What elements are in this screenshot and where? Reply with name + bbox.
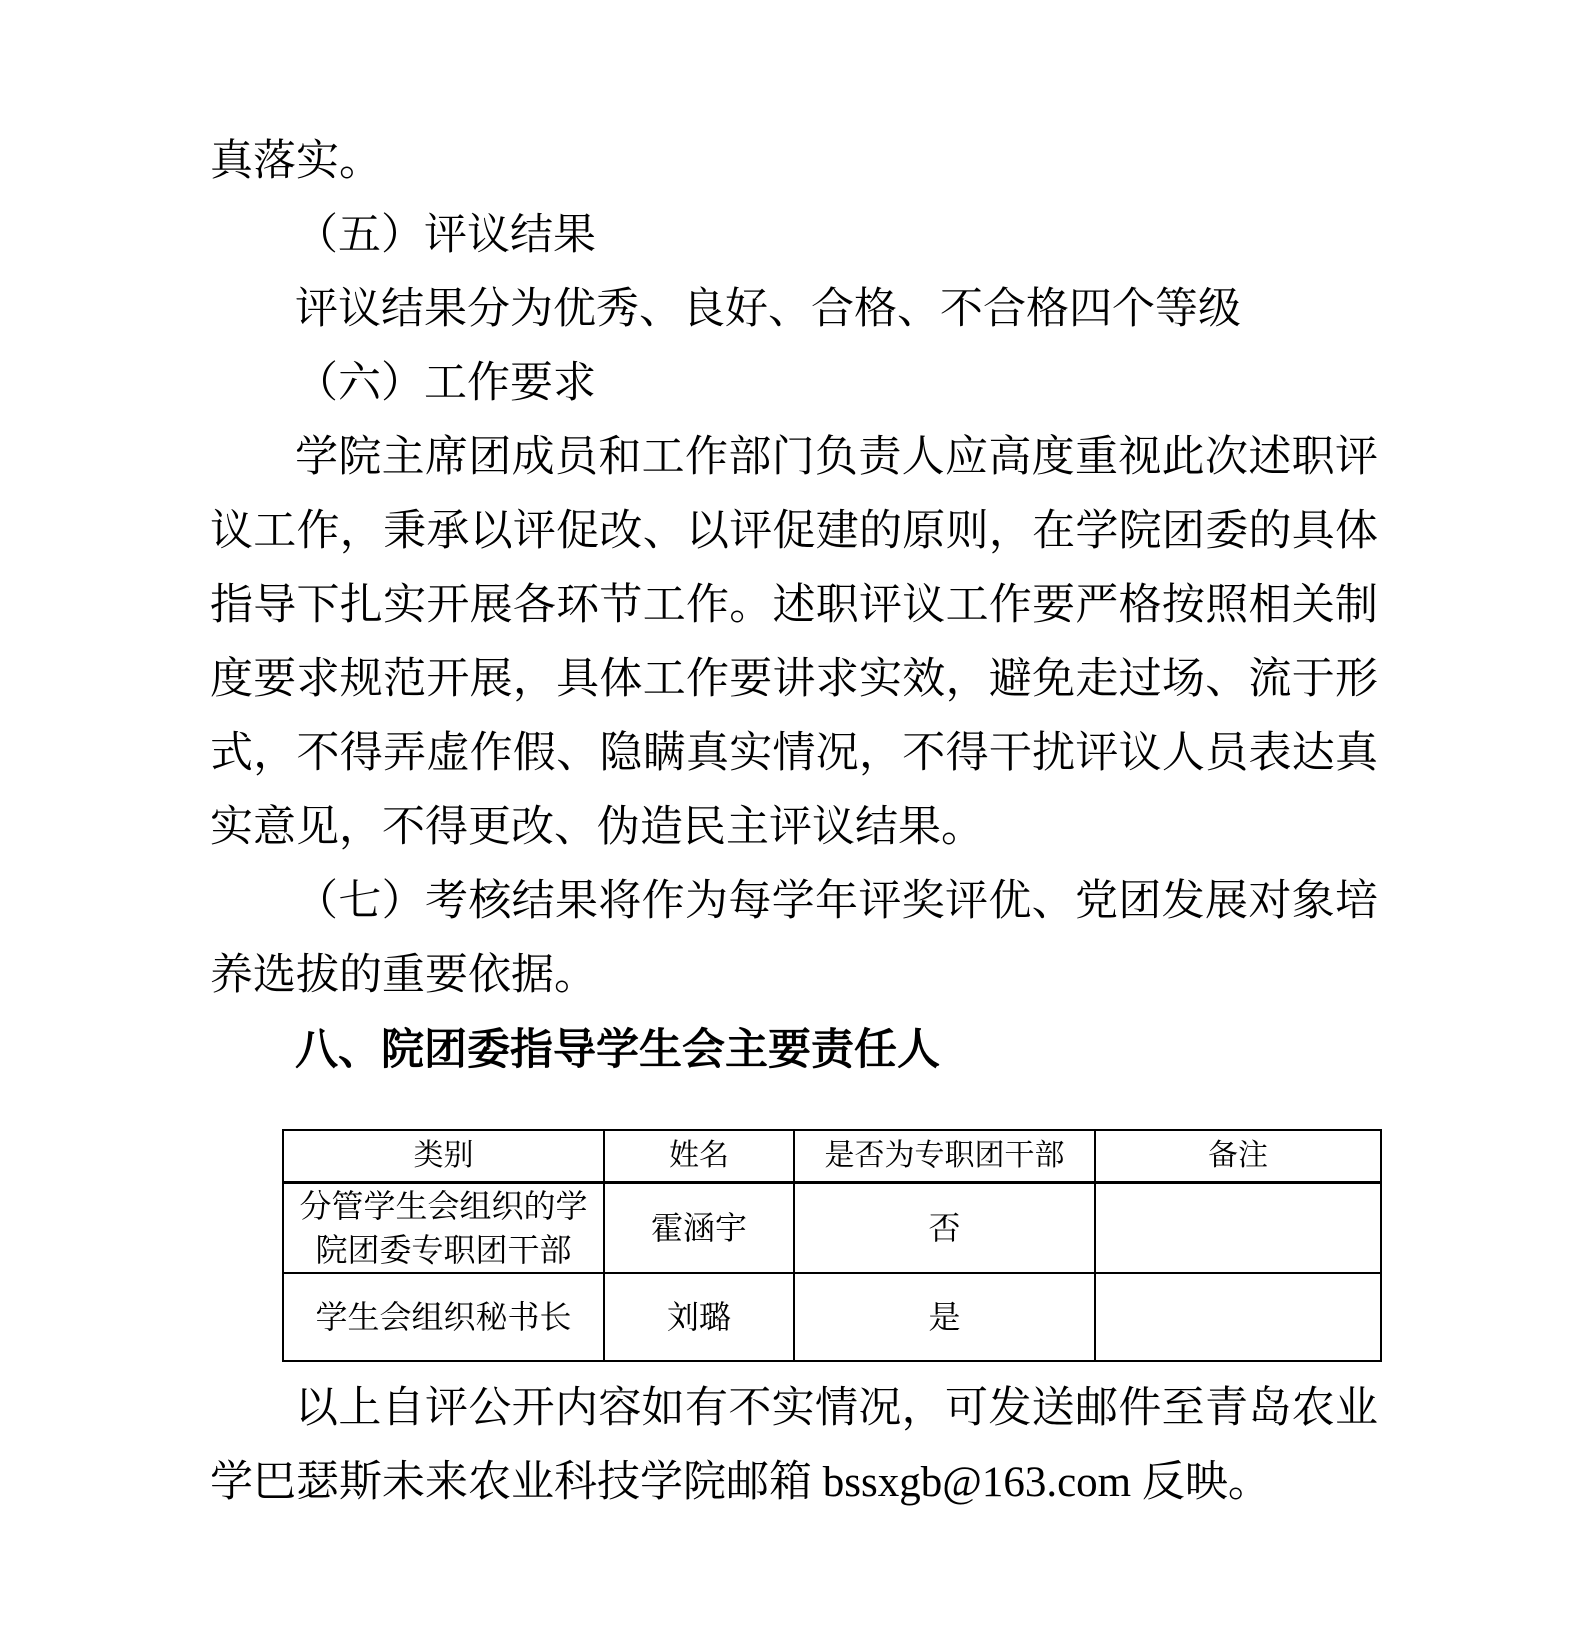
table-cell: 霍涵宇 <box>604 1182 794 1273</box>
text-line: 指导下扎实开展各环节工作。述职评议工作要严格按照相关制 <box>210 569 1378 643</box>
table-cell <box>1095 1273 1381 1361</box>
text-line: 学巴瑟斯未来农业科技学院邮箱 bssxgb@163.com 反映。 <box>210 1446 1378 1520</box>
text-line: 评议结果分为优秀、良好、合格、不合格四个等级 <box>210 273 1378 347</box>
table-cell: 学生会组织秘书长 <box>283 1273 604 1361</box>
table-row: 分管学生会组织的学院团委专职团干部霍涵宇否 <box>283 1182 1381 1273</box>
body-text-block: 真落实。（五）评议结果评议结果分为优秀、良好、合格、不合格四个等级（六）工作要求… <box>210 125 1378 1013</box>
table-row: 学生会组织秘书长刘璐是 <box>283 1273 1381 1361</box>
text-line: 以上自评公开内容如有不实情况，可发送邮件至青岛农业大 <box>210 1372 1378 1446</box>
text-line: （六）工作要求 <box>210 347 1378 421</box>
document-page: 真落实。（五）评议结果评议结果分为优秀、良好、合格、不合格四个等级（六）工作要求… <box>0 0 1587 1649</box>
text-line: 度要求规范开展，具体工作要讲求实效，避免走过场、流于形 <box>210 643 1378 717</box>
section-heading: 八、院团委指导学生会主要责任人 <box>210 1013 1378 1087</box>
table-header-cell: 备注 <box>1095 1130 1381 1182</box>
text-line: 式，不得弄虚作假、隐瞒真实情况，不得干扰评议人员表达真 <box>210 717 1378 791</box>
table-cell: 分管学生会组织的学院团委专职团干部 <box>283 1182 604 1273</box>
text-line: 实意见，不得更改、伪造民主评议结果。 <box>210 791 1378 865</box>
table-cell: 否 <box>794 1182 1095 1273</box>
table-header-cell: 类别 <box>283 1130 604 1182</box>
table-body: 分管学生会组织的学院团委专职团干部霍涵宇否学生会组织秘书长刘璐是 <box>283 1182 1381 1361</box>
table-cell: 刘璐 <box>604 1273 794 1361</box>
table-cell <box>1095 1182 1381 1273</box>
table-header-cell: 姓名 <box>604 1130 794 1182</box>
text-line: （七）考核结果将作为每学年评奖评优、党团发展对象培 <box>210 865 1378 939</box>
text-line: 真落实。 <box>210 125 1378 199</box>
text-line: 养选拔的重要依据。 <box>210 939 1378 1013</box>
table-header-cell: 是否为专职团干部 <box>794 1130 1095 1182</box>
text-line: 学院主席团成员和工作部门负责人应高度重视此次述职评 <box>210 421 1378 495</box>
text-line: 议工作，秉承以评促改、以评促建的原则，在学院团委的具体 <box>210 495 1378 569</box>
text-line: （五）评议结果 <box>210 199 1378 273</box>
closing-text-block: 以上自评公开内容如有不实情况，可发送邮件至青岛农业大学巴瑟斯未来农业科技学院邮箱… <box>210 1372 1378 1520</box>
responsibility-table: 类别姓名是否为专职团干部备注 分管学生会组织的学院团委专职团干部霍涵宇否学生会组… <box>282 1129 1382 1362</box>
table-cell: 是 <box>794 1273 1095 1361</box>
table-header-row: 类别姓名是否为专职团干部备注 <box>283 1130 1381 1182</box>
